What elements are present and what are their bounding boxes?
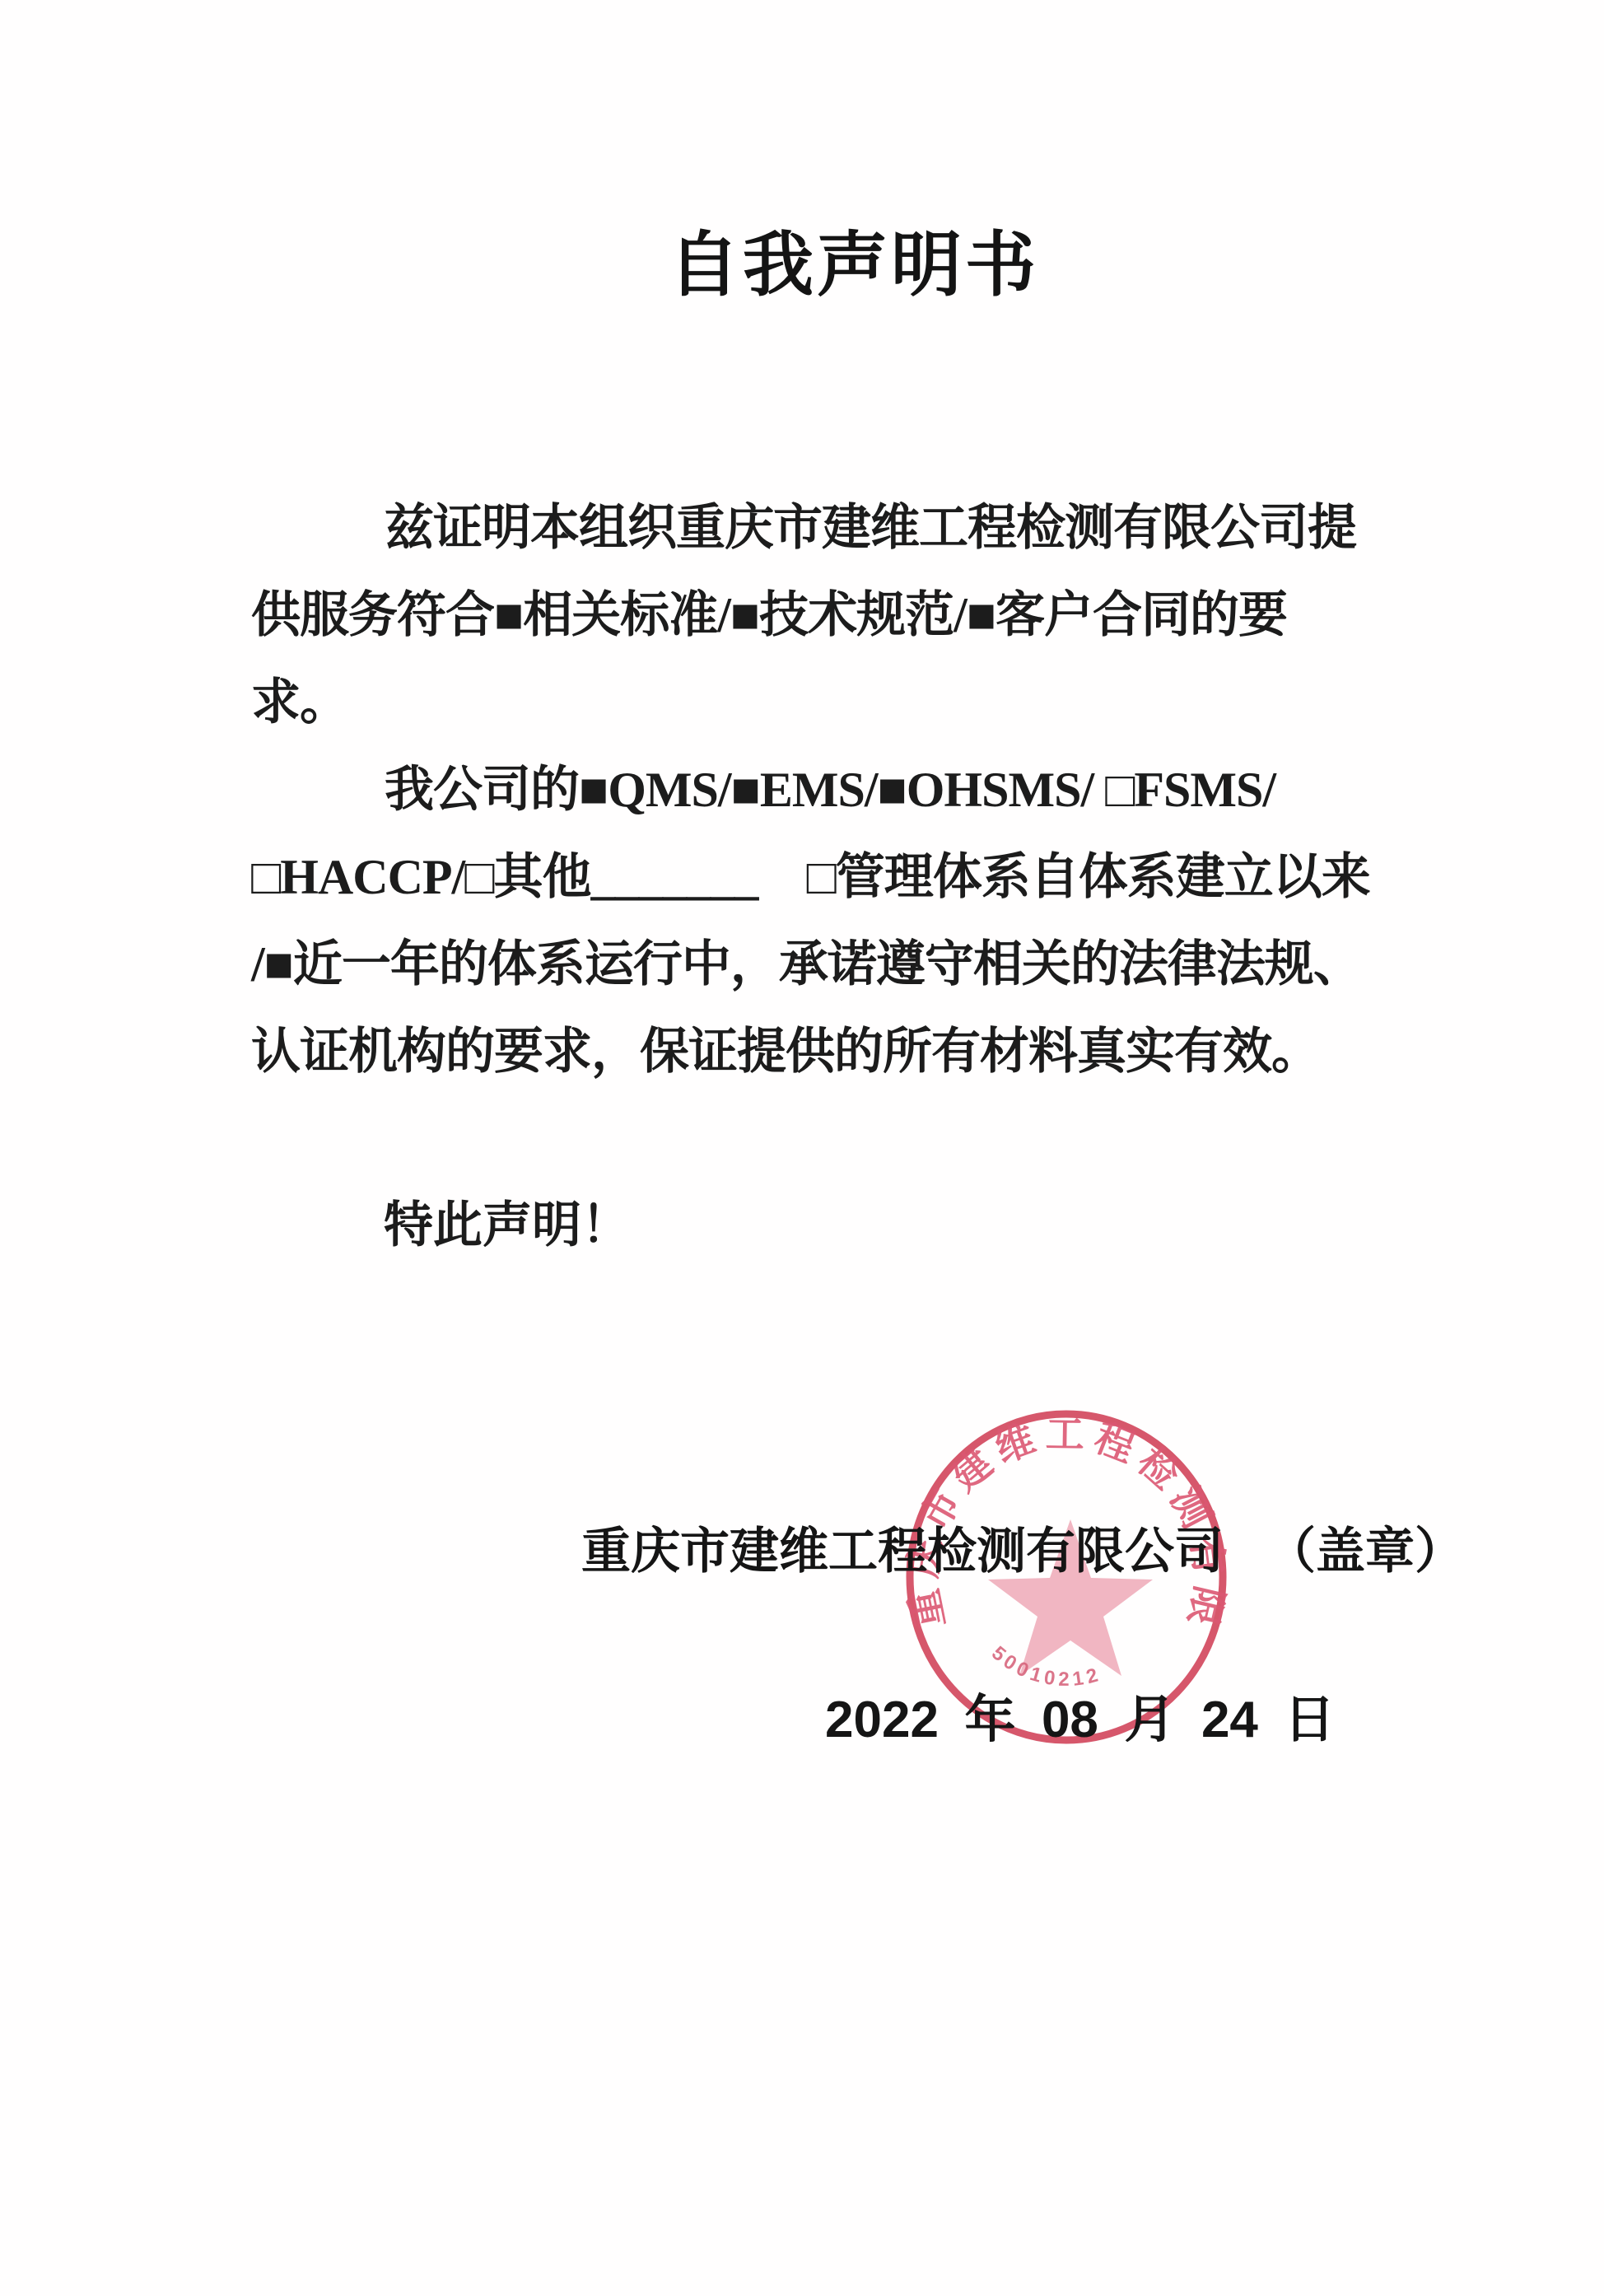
body-text-line: 求。: [251, 659, 1371, 746]
declaration-body: 兹证明本组织重庆市建维工程检测有限公司提供服务符合■相关标准/■技术规范/■客户…: [251, 484, 1371, 1095]
date-year: 2022: [825, 1692, 939, 1748]
body-text-line: □HACCP/□其他_______ □管理体系自体系建立以来: [251, 833, 1371, 921]
seal-note: （盖章）: [1266, 1524, 1464, 1579]
signature-line: 重庆市建维工程检测有限公司（盖章）: [581, 1512, 1464, 1583]
closing-statement: 特此声明！: [384, 1186, 631, 1257]
date-year-label: 年: [964, 1692, 1015, 1748]
date-line: 2022 年 08 月 24 日: [825, 1678, 1335, 1752]
date-day: 24: [1201, 1692, 1258, 1748]
body-text-line: 兹证明本组织重庆市建维工程检测有限公司提: [251, 484, 1371, 572]
company-name: 重庆市建维工程检测有限公司: [581, 1524, 1224, 1579]
date-month-label: 月: [1124, 1692, 1175, 1748]
body-text-line: /■近一年的体系运行中，承诺遵守相关的法律法规、: [251, 921, 1371, 1008]
date-day-label: 日: [1284, 1692, 1335, 1748]
body-text-line: 我公司的■QMS/■EMS/■OHSMS/ □FSMS/: [251, 746, 1371, 833]
date-month: 08: [1042, 1692, 1098, 1748]
body-text-line: 供服务符合■相关标准/■技术规范/■客户合同的要: [251, 572, 1371, 659]
document-title: 自我声明书: [669, 208, 1039, 310]
body-text-line: 认证机构的要求，保证提供的所有材料真实有效。: [251, 1008, 1371, 1095]
document-page: 自我声明书 兹证明本组织重庆市建维工程检测有限公司提供服务符合■相关标准/■技术…: [0, 0, 1604, 2296]
